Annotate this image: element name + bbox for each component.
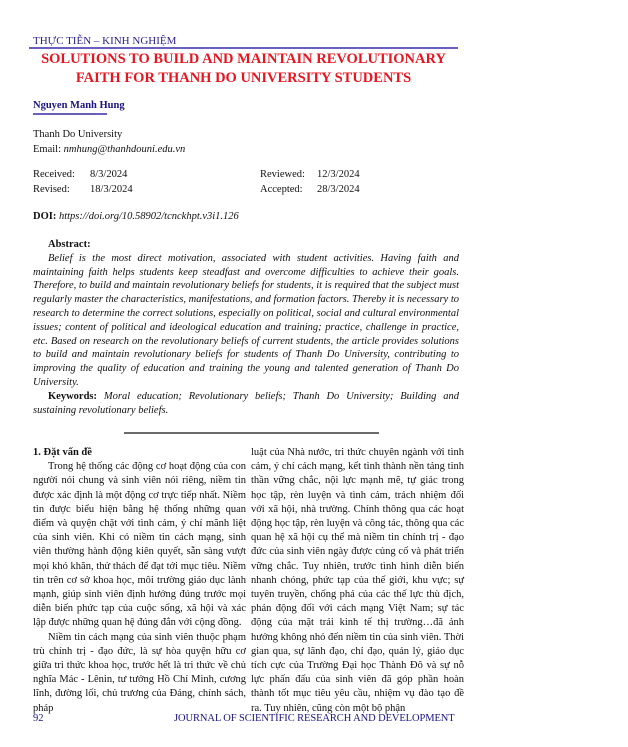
body-paragraph: luật của Nhà nước, tri thức chuyên ngành… — [251, 446, 464, 716]
keywords-line: Keywords: Moral education; Revolutionary… — [33, 390, 459, 418]
email-line: Email: nmhung@thanhdouni.edu.vn — [33, 143, 185, 158]
article-title-line-2: FAITH FOR THANH DO UNIVERSITY STUDENTS — [29, 69, 458, 88]
affiliation: Thanh Do University — [33, 128, 185, 143]
abstract-heading: Abstract: — [33, 238, 459, 252]
keywords-list: Moral education; Revolutionary beliefs; … — [33, 391, 459, 416]
body-column-right: luật của Nhà nước, tri thức chuyên ngành… — [251, 446, 464, 716]
keywords-label: Keywords: — [48, 391, 97, 402]
body-paragraph: Trong hệ thống các động cơ hoạt động của… — [33, 460, 246, 630]
abstract-section: Abstract: Belief is the most direct moti… — [33, 238, 459, 417]
article-title: SOLUTIONS TO BUILD AND MAINTAIN REVOLUTI… — [29, 50, 458, 88]
body-paragraph: Niềm tin cách mạng của sinh viên thuộc p… — [33, 631, 246, 716]
author-name-underline — [33, 113, 107, 115]
journal-name: JOURNAL OF SCIENTIFIC RESEARCH AND DEVEL… — [174, 712, 455, 725]
revised-label: Revised: — [33, 183, 70, 198]
abstract-separator — [124, 432, 379, 434]
accepted-label: Accepted: — [260, 183, 303, 198]
author-affiliation-block: Thanh Do University Email: nmhung@thanhd… — [33, 128, 185, 157]
reviewed-label: Reviewed: — [260, 168, 305, 183]
email-label: Email: — [33, 144, 61, 155]
body-column-left: 1. Đặt vấn đề Trong hệ thống các động cơ… — [33, 446, 246, 716]
section-header: THỰC TIỄN – KINH NGHIỆM — [33, 35, 176, 47]
doi-label: DOI: — [33, 211, 56, 222]
doi-link[interactable]: https://doi.org/10.58902/tcnckhpt.v3i1.1… — [59, 211, 239, 222]
reviewed-date: 12/3/2024 — [317, 168, 360, 183]
article-title-line-1: SOLUTIONS TO BUILD AND MAINTAIN REVOLUTI… — [29, 50, 458, 69]
author-name: Nguyen Manh Hung — [33, 99, 125, 112]
abstract-body: Belief is the most direct motivation, as… — [33, 252, 459, 390]
section-heading: 1. Đặt vấn đề — [33, 446, 246, 460]
accepted-date: 28/3/2024 — [317, 183, 360, 198]
received-date: 8/3/2024 — [90, 168, 127, 183]
page-number: 92 — [33, 712, 44, 725]
section-header-rule — [29, 47, 458, 49]
received-label: Received: — [33, 168, 75, 183]
doi-line: DOI: https://doi.org/10.58902/tcnckhpt.v… — [33, 210, 239, 223]
revised-date: 18/3/2024 — [90, 183, 133, 198]
email-address[interactable]: nmhung@thanhdouni.edu.vn — [64, 144, 186, 155]
